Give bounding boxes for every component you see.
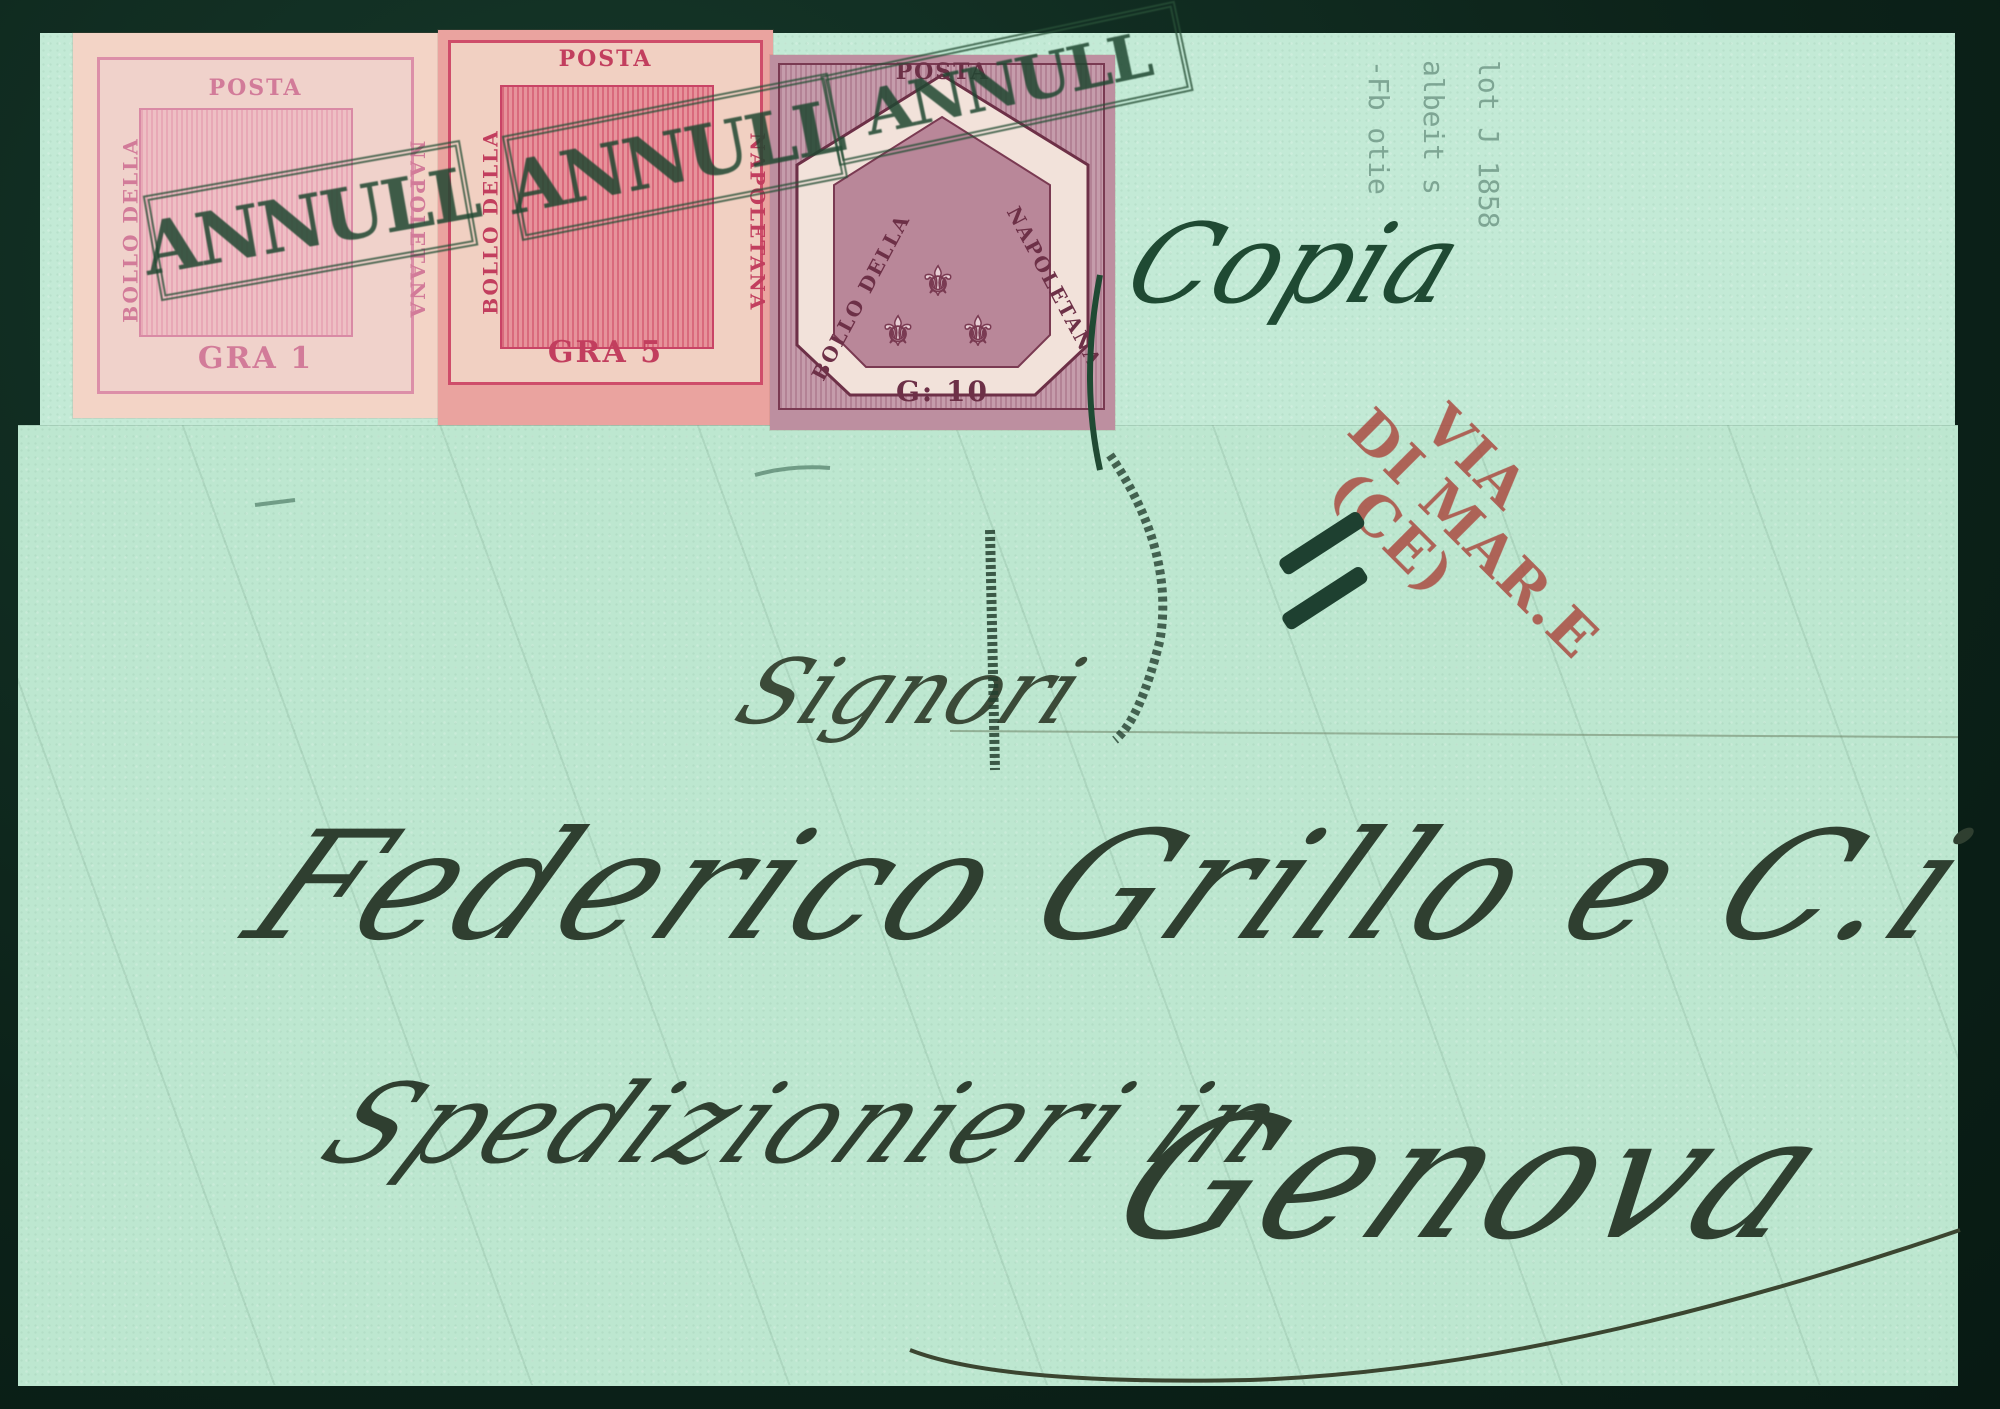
stamp-value-label: GRA 1 [73,341,438,376]
manuscript-salutation: Signori [720,640,1101,745]
stamp-top-label: POSTA [438,46,773,72]
stamp-value-label: GRA 5 [438,335,773,370]
stamp-top-label: POSTA [73,75,438,101]
svg-text:⚜: ⚜ [920,259,956,305]
svg-text:⚜: ⚜ [960,309,996,355]
svg-text:⚜: ⚜ [880,309,916,355]
stamp-5-grana: POSTA GRA 5 BOLLO DELLA NAPOLETANA [438,30,773,425]
faint-backstamp-line-1: -Fb otie [1362,60,1395,195]
manuscript-addressee: Federico Grillo e C.i [220,800,2000,974]
faint-backstamp-line-2: albeit s [1417,60,1450,195]
manuscript-city: Genova [1080,1080,1867,1278]
manuscript-copia: Copia [1110,200,1478,328]
